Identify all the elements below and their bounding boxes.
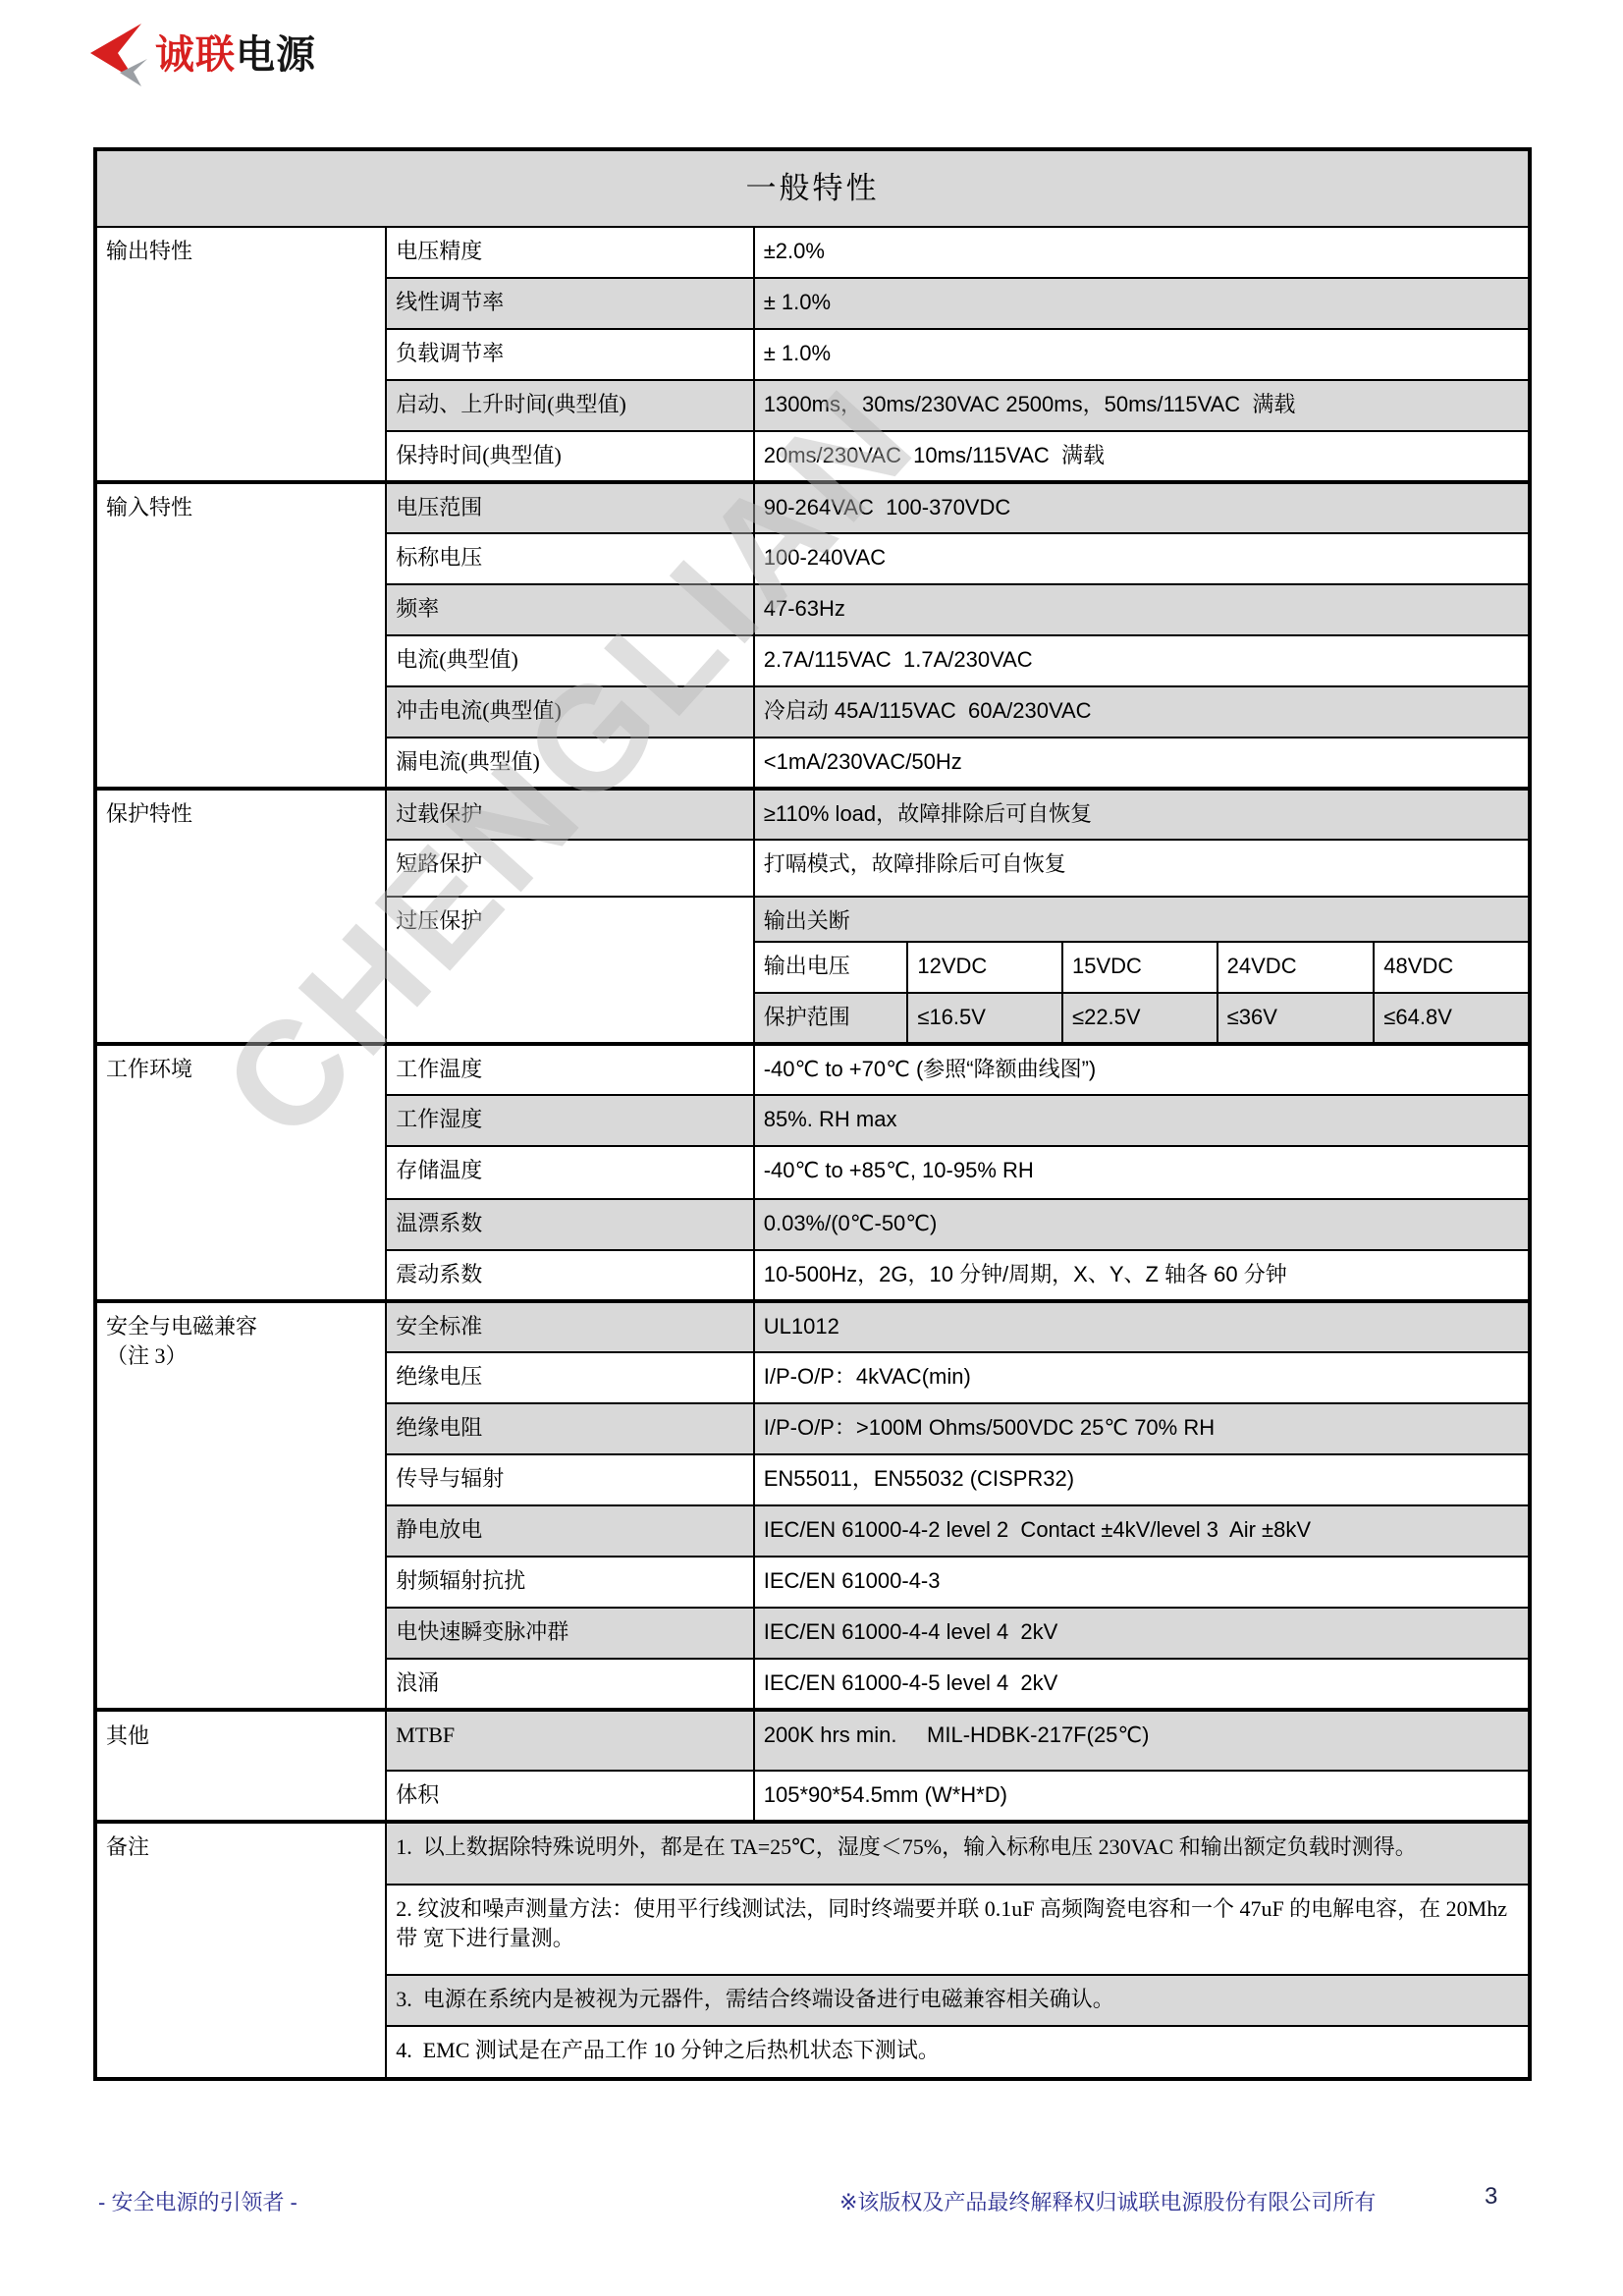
table-title: 一般特性 [95,149,1530,227]
safety-emc-label-line2: （注 3） [106,1341,377,1371]
note-item: 2. 纹波和噪声测量方法：使用平行线测试法，同时终端要并联 0.1uF 高频陶瓷… [386,1885,1530,1975]
page-number: 3 [1485,2183,1497,2211]
ovp-voltage-cell: 12VDC [907,942,1062,993]
note-item: 3. 电源在系统内是被视为元器件，需结合终端设备进行电磁兼容相关确认。 [386,1975,1530,2026]
property-cell: 电快速瞬变脉冲群 [386,1608,754,1659]
ovp-voltage-cell: 24VDC [1217,942,1375,993]
property-cell: 绝缘电压 [386,1352,754,1403]
value-cell: 200K hrs min. MIL-HDBK-217F(25℃) [754,1710,1530,1771]
ovp-range-header: 保护范围 [754,993,908,1044]
property-cell: 负载调节率 [386,329,754,380]
property-cell: 冲击电流(典型值) [386,686,754,738]
value-cell: -40℃ to +70℃ (参照“降额曲线图”) [754,1044,1530,1095]
ovp-range-cell: ≤22.5V [1062,993,1217,1044]
property-cell: 体积 [386,1771,754,1822]
property-cell: 浪涌 [386,1659,754,1710]
value-cell: ± 1.0% [754,329,1530,380]
property-cell: 保持时间(典型值) [386,431,754,482]
property-cell: 工作湿度 [386,1095,754,1146]
value-cell: IEC/EN 61000-4-4 level 4 2kV [754,1608,1530,1659]
property-cell: 绝缘电阻 [386,1403,754,1454]
logo-text: 诚联电源 [155,35,316,75]
value-cell: -40℃ to +85℃, 10-95% RH [754,1146,1530,1199]
value-cell: <1mA/230VAC/50Hz [754,738,1530,789]
property-cell: 标称电压 [386,533,754,584]
ovp-voltage-cell: 15VDC [1062,942,1217,993]
property-cell: 过载保护 [386,789,754,840]
section-label-input: 输入特性 [95,482,386,789]
value-cell: 0.03%/(0℃-50℃) [754,1199,1530,1250]
ovp-voltage-cell: 48VDC [1374,942,1530,993]
ovp-range-cell: ≤36V [1217,993,1375,1044]
logo-brand-black: 电源 [236,33,316,77]
property-cell: 温漂系数 [386,1199,754,1250]
property-cell: 电压范围 [386,482,754,533]
ovp-voltage-header: 输出电压 [754,942,908,993]
value-cell: 1300ms，30ms/230VAC 2500ms，50ms/115VAC 满载 [754,380,1530,431]
section-label-other: 其他 [95,1710,386,1822]
chevron-arrow-icon [77,24,147,86]
property-cell: 传导与辐射 [386,1454,754,1505]
value-cell: IEC/EN 61000-4-2 level 2 Contact ±4kV/le… [754,1505,1530,1557]
ovp-range-cell: ≤64.8V [1374,993,1530,1044]
property-cell: 存储温度 [386,1146,754,1199]
value-cell: UL1012 [754,1301,1530,1352]
property-cell: 短路保护 [386,840,754,897]
value-cell: I/P-O/P：4kVAC(min) [754,1352,1530,1403]
section-label-notes: 备注 [95,1822,386,2079]
general-characteristics-table: 一般特性 输出特性 电压精度 ±2.0% 线性调节率 ± 1.0% 负载调节率 … [93,147,1532,2081]
value-cell: 打嗝模式，故障排除后可自恢复 [754,840,1530,897]
property-cell: 安全标准 [386,1301,754,1352]
property-cell: 静电放电 [386,1505,754,1557]
section-label-output: 输出特性 [95,227,386,482]
property-cell: 电流(典型值) [386,635,754,686]
value-cell: ≥110% load，故障排除后可自恢复 [754,789,1530,840]
property-cell: 漏电流(典型值) [386,738,754,789]
ovp-action-cell: 输出关断 [754,897,1530,942]
note-item: 1. 以上数据除特殊说明外，都是在 TA=25℃，湿度＜75%，输入标称电压 2… [386,1822,1530,1885]
value-cell: 10-500Hz，2G，10 分钟/周期，X、Y、Z 轴各 60 分钟 [754,1250,1530,1301]
value-cell: 47-63Hz [754,584,1530,635]
section-label-safety-emc: 安全与电磁兼容（注 3） [95,1301,386,1710]
company-logo: 诚联电源 [77,24,316,86]
value-cell: 20ms/230VAC 10ms/115VAC 满载 [754,431,1530,482]
value-cell: 冷启动 45A/115VAC 60A/230VAC [754,686,1530,738]
property-cell: 启动、上升时间(典型值) [386,380,754,431]
property-cell: 线性调节率 [386,278,754,329]
property-cell: 电压精度 [386,227,754,278]
property-cell: 震动系数 [386,1250,754,1301]
property-cell: 工作温度 [386,1044,754,1095]
value-cell: 100-240VAC [754,533,1530,584]
property-cell: 射频辐射抗扰 [386,1557,754,1608]
value-cell: IEC/EN 61000-4-3 [754,1557,1530,1608]
property-cell-ovp: 过压保护 [386,897,754,1044]
safety-emc-label-line1: 安全与电磁兼容 [106,1312,377,1341]
value-cell: ±2.0% [754,227,1530,278]
value-cell: I/P-O/P：>100M Ohms/500VDC 25℃ 70% RH [754,1403,1530,1454]
property-cell: 频率 [386,584,754,635]
value-cell: 2.7A/115VAC 1.7A/230VAC [754,635,1530,686]
value-cell: 90-264VAC 100-370VDC [754,482,1530,533]
note-item: 4. EMC 测试是在产品工作 10 分钟之后热机状态下测试。 [386,2026,1530,2079]
logo-brand-red: 诚联 [155,33,236,77]
ovp-range-cell: ≤16.5V [907,993,1062,1044]
value-cell: 85%. RH max [754,1095,1530,1146]
value-cell: 105*90*54.5mm (W*H*D) [754,1771,1530,1822]
section-label-environment: 工作环境 [95,1044,386,1301]
footer-copyright: ※该版权及产品最终解释权归诚联电源股份有限公司所有 [839,2186,1376,2216]
property-cell: MTBF [386,1710,754,1771]
footer-slogan: - 安全电源的引领者 - [98,2186,298,2216]
value-cell: IEC/EN 61000-4-5 level 4 2kV [754,1659,1530,1710]
section-label-protection: 保护特性 [95,789,386,1044]
value-cell: EN55011，EN55032 (CISPR32) [754,1454,1530,1505]
value-cell: ± 1.0% [754,278,1530,329]
